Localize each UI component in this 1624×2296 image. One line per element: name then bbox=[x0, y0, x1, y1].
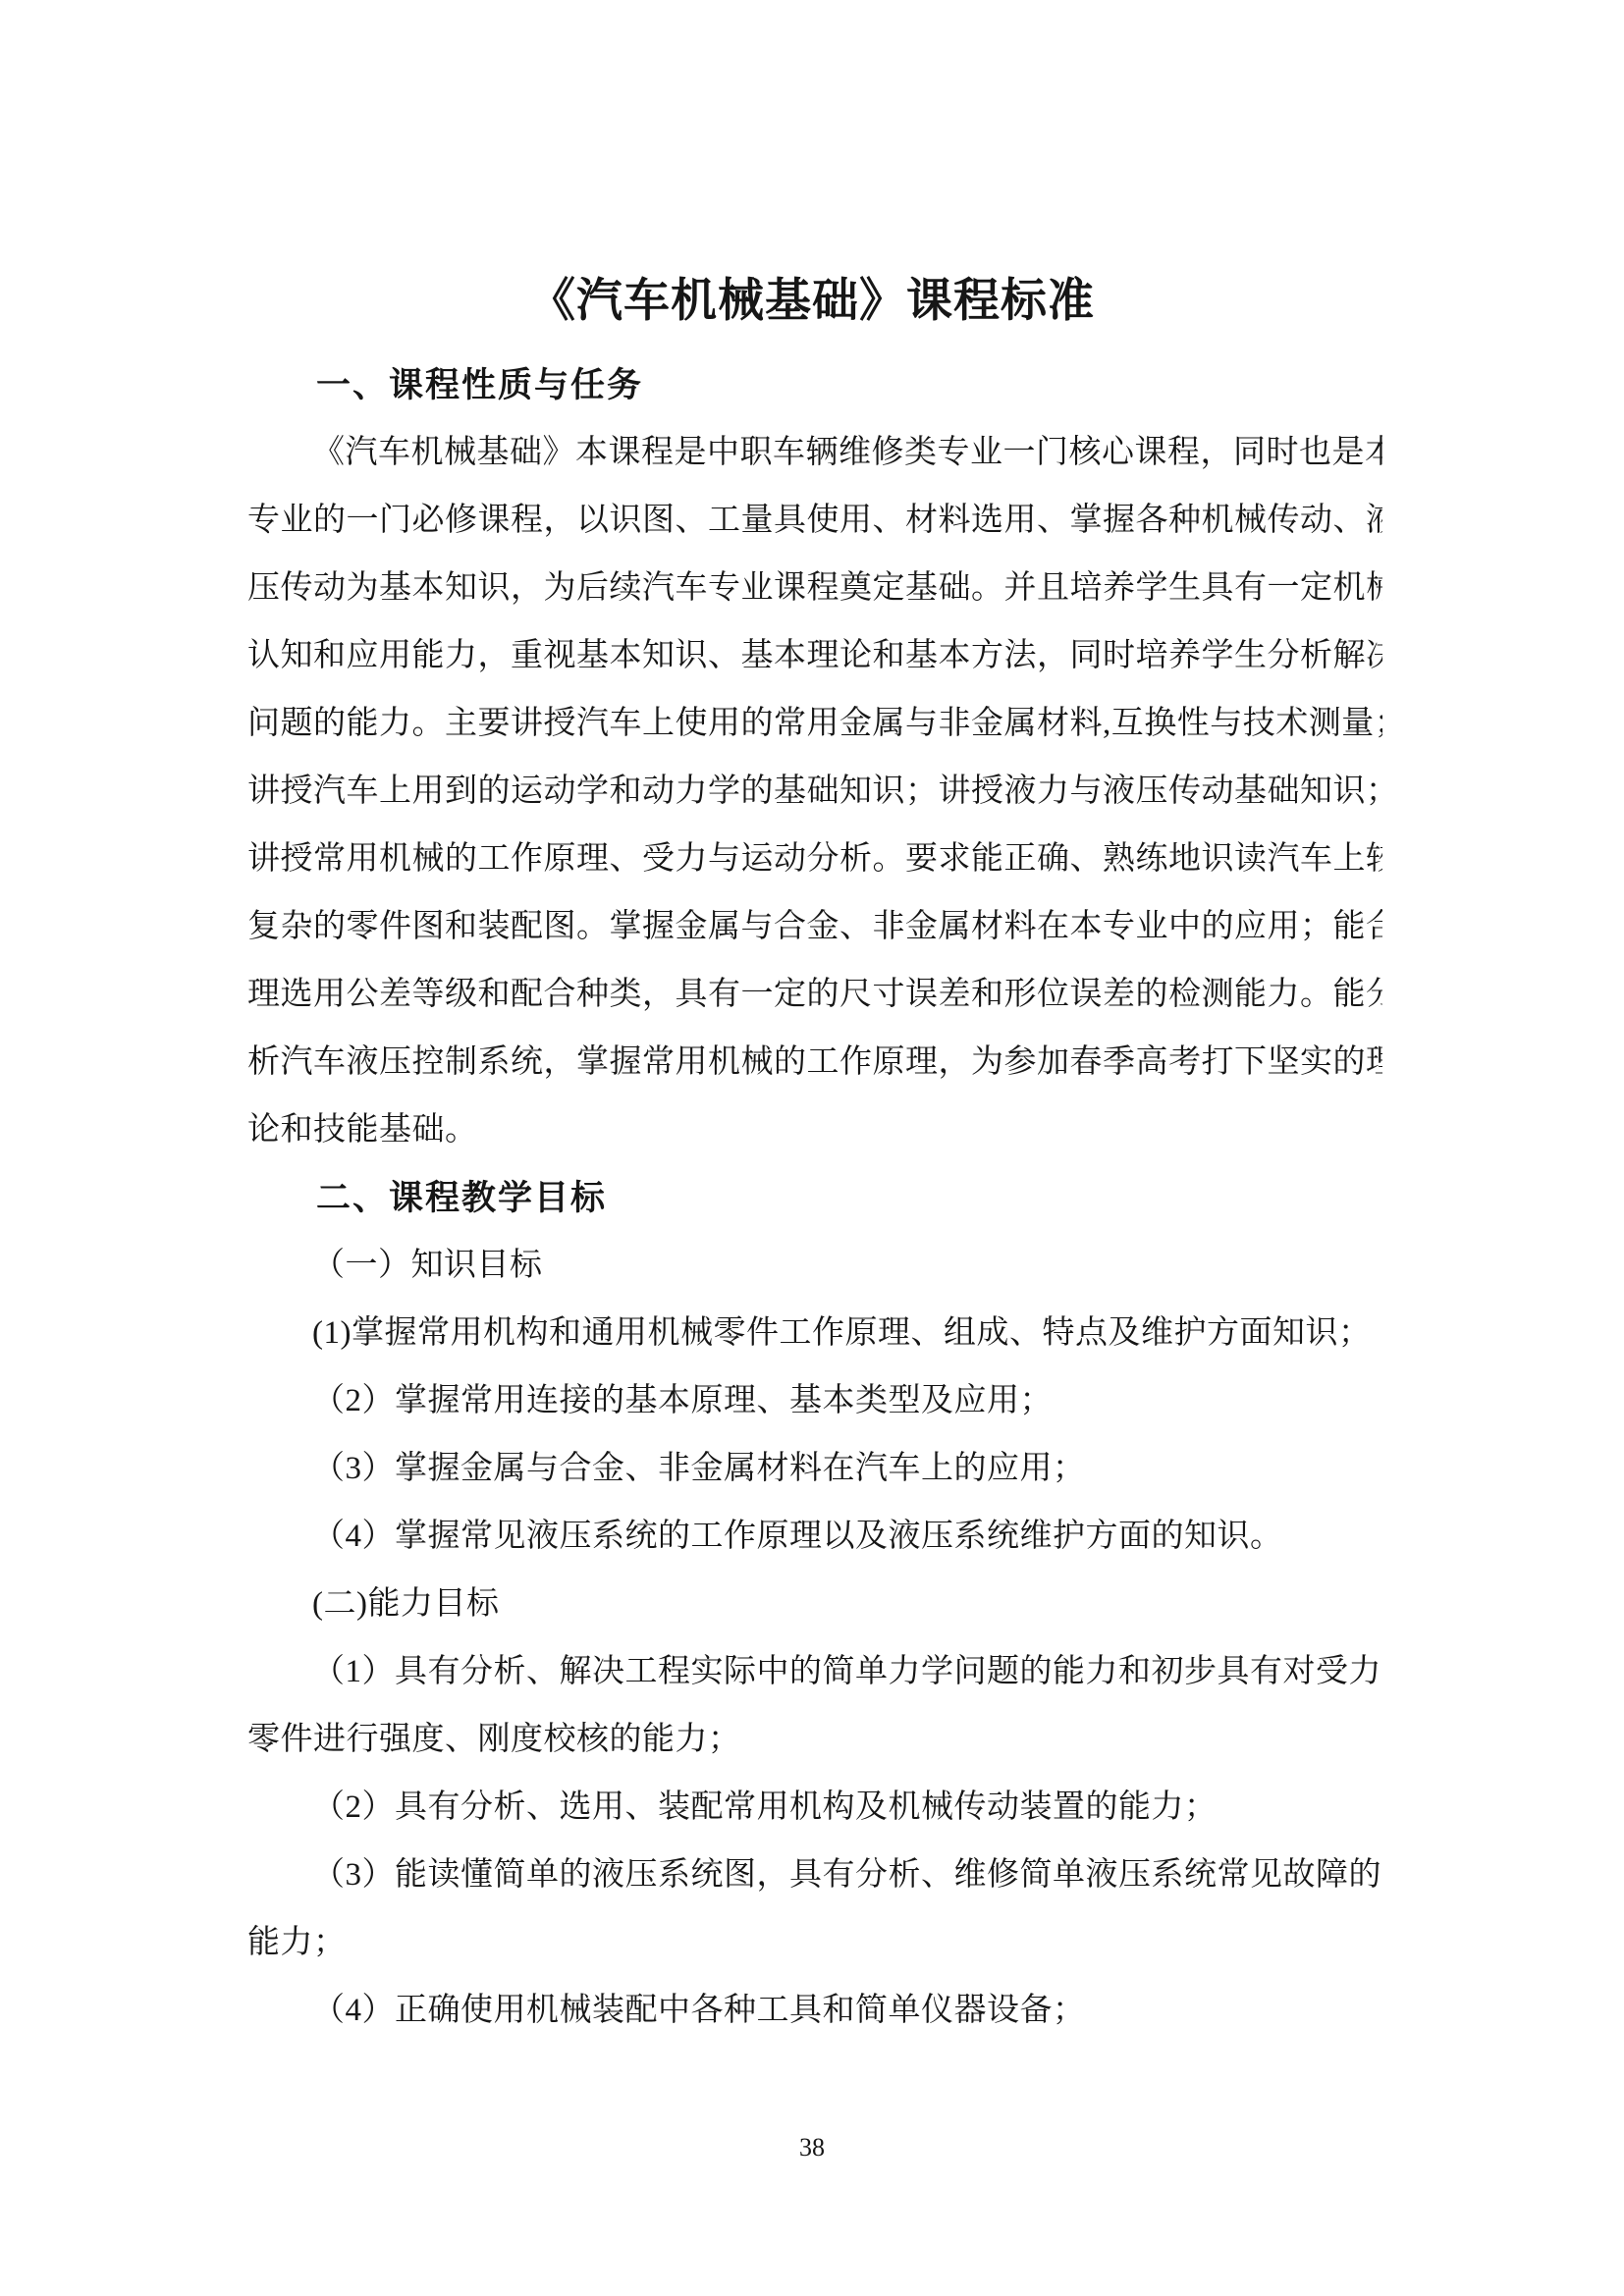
text-line: 讲授常用机械的工作原理、受力与运动分析。要求能正确、熟练地识读汽车上较 bbox=[247, 826, 1382, 893]
page-number: 38 bbox=[0, 2128, 1624, 2167]
page-title: 《汽车机械基础》课程标准 bbox=[0, 267, 1624, 336]
text-line: 理选用公差等级和配合种类，具有一定的尺寸误差和形位误差的检测能力。能分 bbox=[247, 961, 1382, 1029]
text-line: 复杂的零件图和装配图。掌握金属与合金、非金属材料在本专业中的应用；能合 bbox=[247, 893, 1382, 961]
document-page: 《汽车机械基础》课程标准 一、课程性质与任务《汽车机械基础》本课程是中职车辆维修… bbox=[0, 0, 1624, 2296]
text-line: （2）掌握常用连接的基本原理、基本类型及应用； bbox=[247, 1367, 1382, 1435]
text-line: （4）掌握常见液压系统的工作原理以及液压系统维护方面的知识。 bbox=[247, 1503, 1382, 1571]
text-line: 认知和应用能力，重视基本知识、基本理论和基本方法，同时培养学生分析解决 bbox=[247, 622, 1382, 690]
text-line: 《汽车机械基础》本课程是中职车辆维修类专业一门核心课程，同时也是本 bbox=[247, 419, 1382, 487]
text-line: 论和技能基础。 bbox=[247, 1096, 1382, 1164]
text-line: （一）知识目标 bbox=[247, 1232, 1382, 1300]
text-line: （2）具有分析、选用、装配常用机构及机械传动装置的能力； bbox=[247, 1774, 1382, 1842]
text-line: 压传动为基本知识，为后续汽车专业课程奠定基础。并且培养学生具有一定机械 bbox=[247, 555, 1382, 622]
text-line: 问题的能力。主要讲授汽车上使用的常用金属与非金属材料,互换性与技术测量； bbox=[247, 690, 1382, 758]
document-body: 一、课程性质与任务《汽车机械基础》本课程是中职车辆维修类专业一门核心课程，同时也… bbox=[247, 351, 1382, 2045]
text-line: 专业的一门必修课程，以识图、工量具使用、材料选用、掌握各种机械传动、液 bbox=[247, 487, 1382, 555]
text-line: （3）掌握金属与合金、非金属材料在汽车上的应用； bbox=[247, 1435, 1382, 1503]
text-line: (1)掌握常用机构和通用机械零件工作原理、组成、特点及维护方面知识； bbox=[247, 1300, 1382, 1367]
text-line: （3）能读懂简单的液压系统图，具有分析、维修简单液压系统常见故障的 bbox=[247, 1842, 1382, 1909]
text-line: （4）正确使用机械装配中各种工具和简单仪器设备； bbox=[247, 1977, 1382, 2045]
section-heading: 二、课程教学目标 bbox=[247, 1164, 1382, 1232]
text-line: 析汽车液压控制系统，掌握常用机械的工作原理，为参加春季高考打下坚实的理 bbox=[247, 1029, 1382, 1096]
section-heading: 一、课程性质与任务 bbox=[247, 351, 1382, 419]
text-line: 讲授汽车上用到的运动学和动力学的基础知识；讲授液力与液压传动基础知识； bbox=[247, 758, 1382, 826]
text-line: (二)能力目标 bbox=[247, 1571, 1382, 1638]
text-line: （1）具有分析、解决工程实际中的简单力学问题的能力和初步具有对受力 bbox=[247, 1638, 1382, 1706]
text-line: 能力； bbox=[247, 1909, 1382, 1977]
text-line: 零件进行强度、刚度校核的能力； bbox=[247, 1706, 1382, 1774]
